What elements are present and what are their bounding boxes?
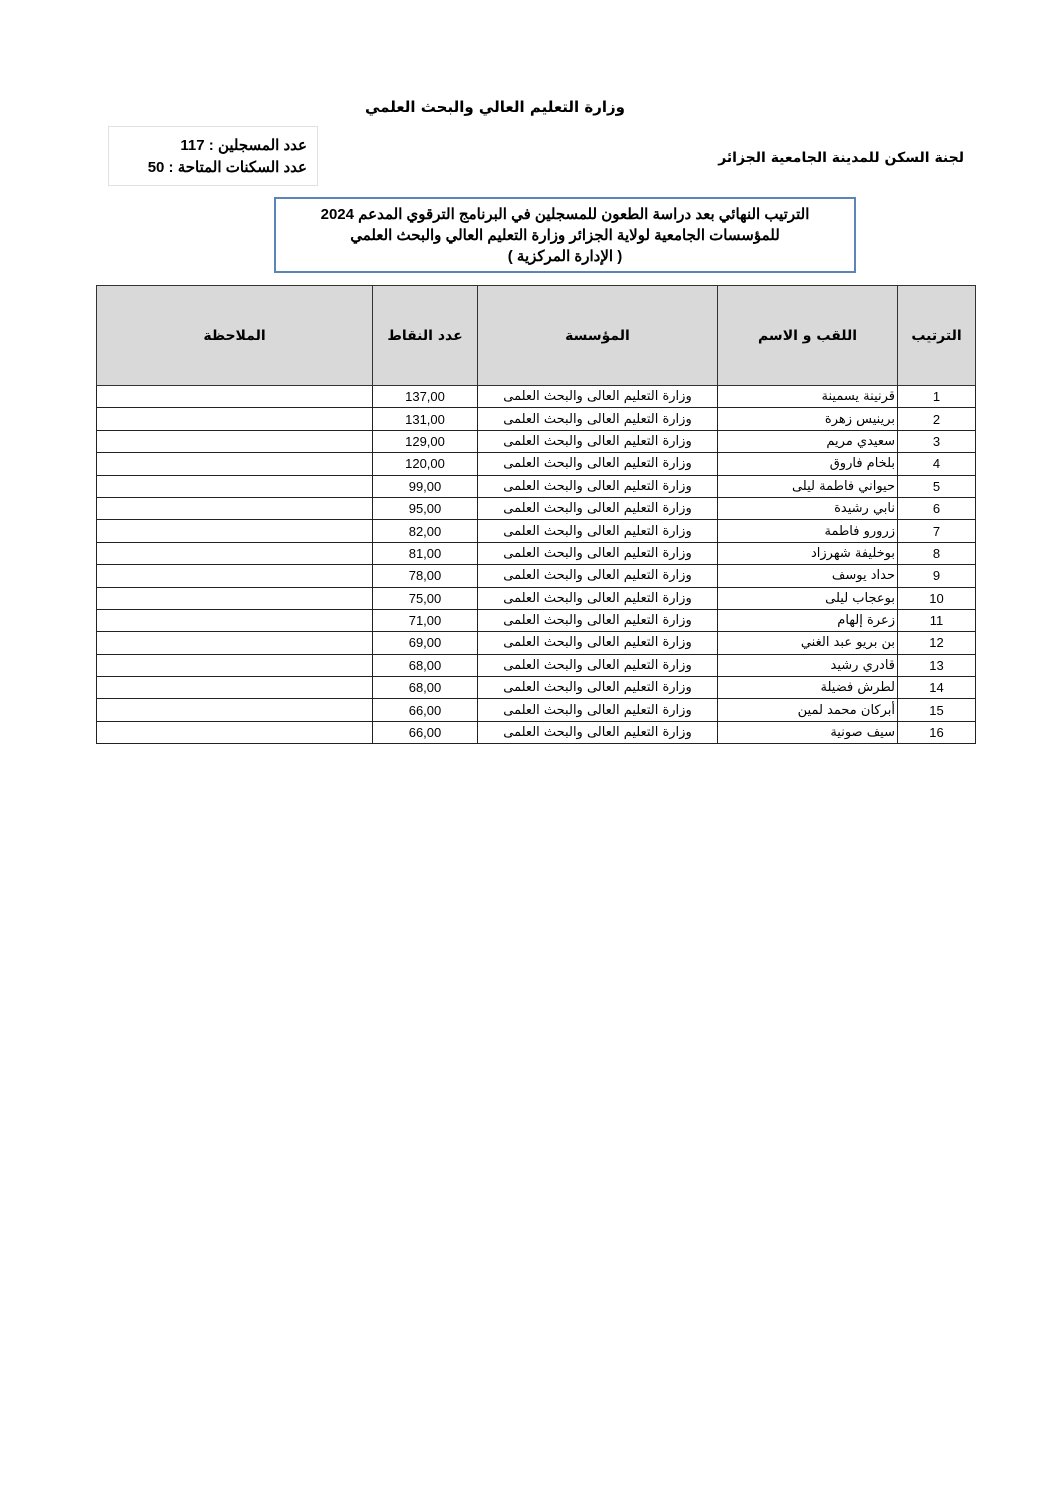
note-cell [97,654,373,676]
rank-cell: 11 [898,609,976,631]
note-cell [97,587,373,609]
table-row: 4بلخام فاروقوزارة التعليم العالى والبحث … [97,453,976,475]
table-row: 14لطرش فضيلةوزارة التعليم العالى والبحث … [97,677,976,699]
note-cell [97,453,373,475]
points-cell: 99,00 [373,475,478,497]
rank-cell: 8 [898,542,976,564]
col-name: اللقب و الاسم [718,286,898,386]
institution-cell: وزارة التعليم العالى والبحث العلمى [478,632,718,654]
institution-cell: وزارة التعليم العالى والبحث العلمى [478,677,718,699]
name-cell: حداد يوسف [718,565,898,587]
rank-cell: 12 [898,632,976,654]
name-cell: برينيس زهرة [718,408,898,430]
points-cell: 66,00 [373,721,478,743]
institution-cell: وزارة التعليم العالى والبحث العلمى [478,430,718,452]
note-cell [97,408,373,430]
points-cell: 95,00 [373,497,478,519]
institution-cell: وزارة التعليم العالى والبحث العلمى [478,609,718,631]
table-row: 11زعرة إلهاموزارة التعليم العالى والبحث … [97,609,976,631]
rank-cell: 9 [898,565,976,587]
title-line-2: للمؤسسات الجامعية لولاية الجزائر وزارة ا… [276,225,854,246]
points-cell: 75,00 [373,587,478,609]
name-cell: بن بريو عبد الغني [718,632,898,654]
rank-cell: 6 [898,497,976,519]
points-cell: 137,00 [373,386,478,408]
institution-cell: وزارة التعليم العالى والبحث العلمى [478,475,718,497]
institution-cell: وزارة التعليم العالى والبحث العلمى [478,386,718,408]
table-row: 9حداد يوسفوزارة التعليم العالى والبحث ال… [97,565,976,587]
note-cell [97,542,373,564]
institution-cell: وزارة التعليم العالى والبحث العلمى [478,565,718,587]
table-row: 15أبركان محمد لمينوزارة التعليم العالى و… [97,699,976,721]
name-cell: سعيدي مريم [718,430,898,452]
rank-cell: 14 [898,677,976,699]
institution-cell: وزارة التعليم العالى والبحث العلمى [478,721,718,743]
name-cell: أبركان محمد لمين [718,699,898,721]
name-cell: حيواني فاطمة ليلى [718,475,898,497]
table-row: 6نابي رشيدةوزارة التعليم العالى والبحث ا… [97,497,976,519]
points-cell: 66,00 [373,699,478,721]
name-cell: لطرش فضيلة [718,677,898,699]
points-cell: 120,00 [373,453,478,475]
name-cell: بوعجاب ليلى [718,587,898,609]
col-institution: المؤسسة [478,286,718,386]
title-line-1: الترتيب النهائي بعد دراسة الطعون للمسجلي… [276,204,854,225]
points-cell: 68,00 [373,654,478,676]
name-cell: سيف صونية [718,721,898,743]
rank-cell: 15 [898,699,976,721]
points-cell: 129,00 [373,430,478,452]
col-note: الملاحظة [97,286,373,386]
rank-cell: 13 [898,654,976,676]
rank-cell: 7 [898,520,976,542]
note-cell [97,721,373,743]
note-cell [97,677,373,699]
name-cell: قرنينة يسمينة [718,386,898,408]
note-cell [97,699,373,721]
points-cell: 69,00 [373,632,478,654]
institution-cell: وزارة التعليم العالى والبحث العلمى [478,542,718,564]
committee-name: لجنة السكن للمدينة الجامعية الجزائر [718,150,964,166]
table-body: 1قرنينة يسمينةوزارة التعليم العالى والبح… [97,386,976,744]
col-points: عدد النقاط [373,286,478,386]
note-cell [97,430,373,452]
registered-count: عدد المسجلين : 117 [109,135,307,157]
rank-cell: 16 [898,721,976,743]
note-cell [97,632,373,654]
table-row: 8بوخليفة شهرزادوزارة التعليم العالى والب… [97,542,976,564]
table-row: 12بن بريو عبد الغنيوزارة التعليم العالى … [97,632,976,654]
name-cell: بلخام فاروق [718,453,898,475]
table-row: 10بوعجاب ليلىوزارة التعليم العالى والبحث… [97,587,976,609]
available-label: عدد السكنات المتاحة : [169,159,307,176]
table-row: 13قادري رشيدوزارة التعليم العالى والبحث … [97,654,976,676]
name-cell: زرورو فاطمة [718,520,898,542]
ministry-title: وزارة التعليم العالي والبحث العلمي [0,98,990,116]
points-cell: 81,00 [373,542,478,564]
stats-box: عدد المسجلين : 117 عدد السكنات المتاحة :… [108,126,318,186]
ranking-table: الترتيب اللقب و الاسم المؤسسة عدد النقاط… [96,285,976,744]
rank-cell: 4 [898,453,976,475]
institution-cell: وزارة التعليم العالى والبحث العلمى [478,587,718,609]
table-row: 5حيواني فاطمة ليلىوزارة التعليم العالى و… [97,475,976,497]
table-row: 3سعيدي مريموزارة التعليم العالى والبحث ا… [97,430,976,452]
note-cell [97,520,373,542]
registered-label: عدد المسجلين : [209,137,307,154]
institution-cell: وزارة التعليم العالى والبحث العلمى [478,699,718,721]
note-cell [97,565,373,587]
table-row: 2برينيس زهرةوزارة التعليم العالى والبحث … [97,408,976,430]
points-cell: 78,00 [373,565,478,587]
points-cell: 82,00 [373,520,478,542]
institution-cell: وزارة التعليم العالى والبحث العلمى [478,654,718,676]
rank-cell: 2 [898,408,976,430]
document-title-box: الترتيب النهائي بعد دراسة الطعون للمسجلي… [274,197,856,273]
name-cell: قادري رشيد [718,654,898,676]
points-cell: 71,00 [373,609,478,631]
name-cell: نابي رشيدة [718,497,898,519]
points-cell: 131,00 [373,408,478,430]
table-row: 7زرورو فاطمةوزارة التعليم العالى والبحث … [97,520,976,542]
rank-cell: 5 [898,475,976,497]
available-count: عدد السكنات المتاحة : 50 [109,157,307,179]
rank-cell: 10 [898,587,976,609]
note-cell [97,497,373,519]
institution-cell: وزارة التعليم العالى والبحث العلمى [478,453,718,475]
name-cell: زعرة إلهام [718,609,898,631]
note-cell [97,386,373,408]
note-cell [97,609,373,631]
institution-cell: وزارة التعليم العالى والبحث العلمى [478,408,718,430]
col-rank: الترتيب [898,286,976,386]
institution-cell: وزارة التعليم العالى والبحث العلمى [478,497,718,519]
points-cell: 68,00 [373,677,478,699]
rank-cell: 1 [898,386,976,408]
name-cell: بوخليفة شهرزاد [718,542,898,564]
note-cell [97,475,373,497]
rank-cell: 3 [898,430,976,452]
title-line-3: ( الإدارة المركزية ) [276,246,854,267]
registered-value: 117 [180,137,204,154]
institution-cell: وزارة التعليم العالى والبحث العلمى [478,520,718,542]
table-row: 16سيف صونيةوزارة التعليم العالى والبحث ا… [97,721,976,743]
table-row: 1قرنينة يسمينةوزارة التعليم العالى والبح… [97,386,976,408]
available-value: 50 [148,159,165,176]
table-header-row: الترتيب اللقب و الاسم المؤسسة عدد النقاط… [97,286,976,386]
